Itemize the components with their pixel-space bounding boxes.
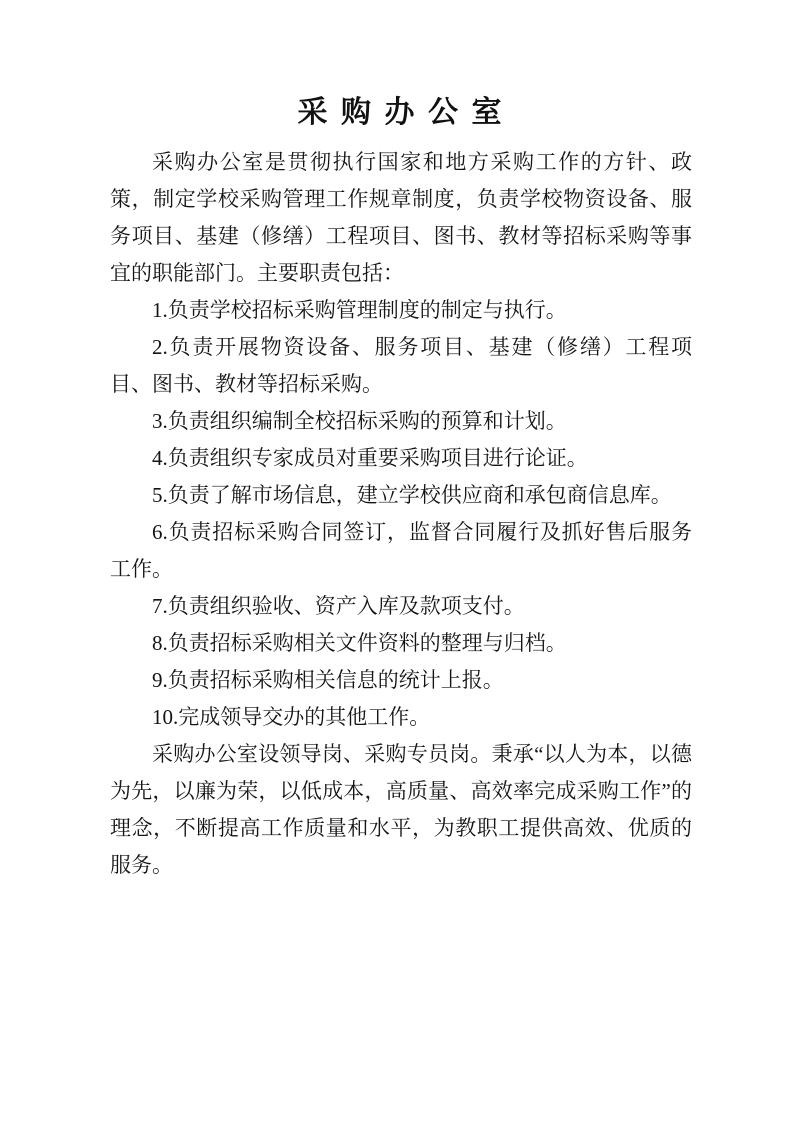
list-item-5: 5.负责了解市场信息，建立学校供应商和承包商信息库。 [110,477,692,514]
document-title: 采 购 办 公 室 [110,94,692,131]
list-item-2: 2.负责开展物资设备、服务项目、基建（修缮）工程项目、图书、教材等招标采购。 [110,329,692,403]
list-item-4: 4.负责组织专家成员对重要采购项目进行论证。 [110,440,692,477]
list-item-1: 1.负责学校招标采购管理制度的制定与执行。 [110,292,692,329]
intro-paragraph: 采购办公室是贯彻执行国家和地方采购工作的方针、政策，制定学校采购管理工作规章制度… [110,144,692,292]
document-content: 采 购 办 公 室 采购办公室是贯彻执行国家和地方采购工作的方针、政策，制定学校… [0,0,793,884]
list-item-7: 7.负责组织验收、资产入库及款项支付。 [110,588,692,625]
list-item-10: 10.完成领导交办的其他工作。 [110,699,692,736]
document-page: 采 购 办 公 室 采购办公室是贯彻执行国家和地方采购工作的方针、政策，制定学校… [0,0,793,1122]
list-item-6: 6.负责招标采购合同签订，监督合同履行及抓好售后服务工作。 [110,514,692,588]
closing-paragraph: 采购办公室设领导岗、采购专员岗。秉承“以人为本，以德为先，以廉为荣，以低成本，高… [110,736,692,884]
list-item-9: 9.负责招标采购相关信息的统计上报。 [110,662,692,699]
list-item-3: 3.负责组织编制全校招标采购的预算和计划。 [110,403,692,440]
list-item-8: 8.负责招标采购相关文件资料的整理与归档。 [110,625,692,662]
